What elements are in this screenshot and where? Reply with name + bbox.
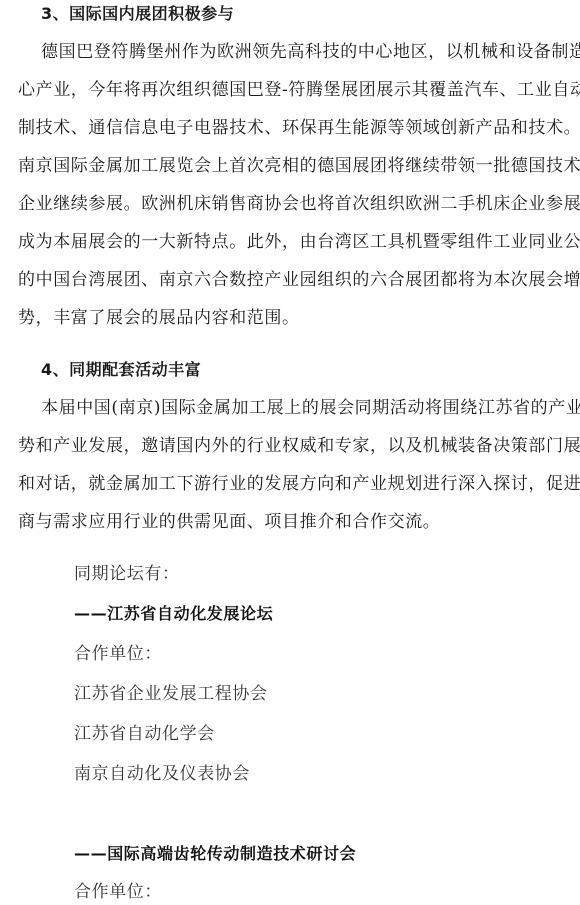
partners-label: 合作单位： xyxy=(74,643,162,665)
section-4-heading: 4、同期配套活动丰富 xyxy=(41,359,201,381)
paragraph-line: 南京国际金属加工展览会上首次亮相的德国展团将继续带领一批德国技术创新 xyxy=(18,155,580,177)
forums-intro: 同期论坛有： xyxy=(74,563,180,585)
partner-item: 南京自动化及仪表协会 xyxy=(74,763,250,785)
document-page: 3、国际国内展团积极参与 德国巴登符腾堡州作为欧洲领先高科技的中心地区，以机械和… xyxy=(0,0,580,905)
paragraph-line: 本届中国(南京)国际金属加工展上的展会同期活动将围绕江苏省的产业优 xyxy=(41,397,580,419)
partner-item: 江苏省企业发展工程协会 xyxy=(74,683,268,705)
paragraph-line: 势和产业发展，邀请国内外的行业权威和专家，以及机械装备决策部门展开研讨 xyxy=(18,435,580,457)
partner-item: 江苏省自动化学会 xyxy=(74,723,215,745)
paragraph-line: 势，丰富了展会的展品内容和范围。 xyxy=(18,307,300,329)
forum-title: ——国际高端齿轮传动制造技术研讨会 xyxy=(74,843,356,865)
paragraph-line: 心产业，今年将再次组织德国巴登-符腾堡展团展示其覆盖汽车、工业自动化控 xyxy=(18,79,580,101)
paragraph-line: 和对话，就金属加工下游行业的发展方向和产业规划进行深入探讨，促进机床厂 xyxy=(18,473,580,495)
paragraph-line: 商与需求应用行业的供需见面、项目推介和合作交流。 xyxy=(18,511,440,533)
paragraph-line: 德国巴登符腾堡州作为欧洲领先高科技的中心地区，以机械和设备制造为核 xyxy=(41,41,580,63)
partners-label: 合作单位： xyxy=(74,881,162,903)
forum-title: ——江苏省自动化发展论坛 xyxy=(74,603,273,625)
paragraph-line: 企业继续参展。欧洲机床销售商协会也将首次组织欧洲二手机床企业参展，这将 xyxy=(18,193,580,215)
paragraph-line: 制技术、通信信息电子电器技术、环保再生能源等领域创新产品和技术。 在 2012 xyxy=(18,117,580,139)
paragraph-line: 成为本届展会的一大新特点。此外，由台湾区工具机暨零组件工业同业公会组织 xyxy=(18,231,580,253)
paragraph-line: 的中国台湾展团、南京六合数控产业园组织的六合展团都将为本次展会增添气 xyxy=(18,269,580,291)
section-3-heading: 3、国际国内展团积极参与 xyxy=(41,3,234,25)
